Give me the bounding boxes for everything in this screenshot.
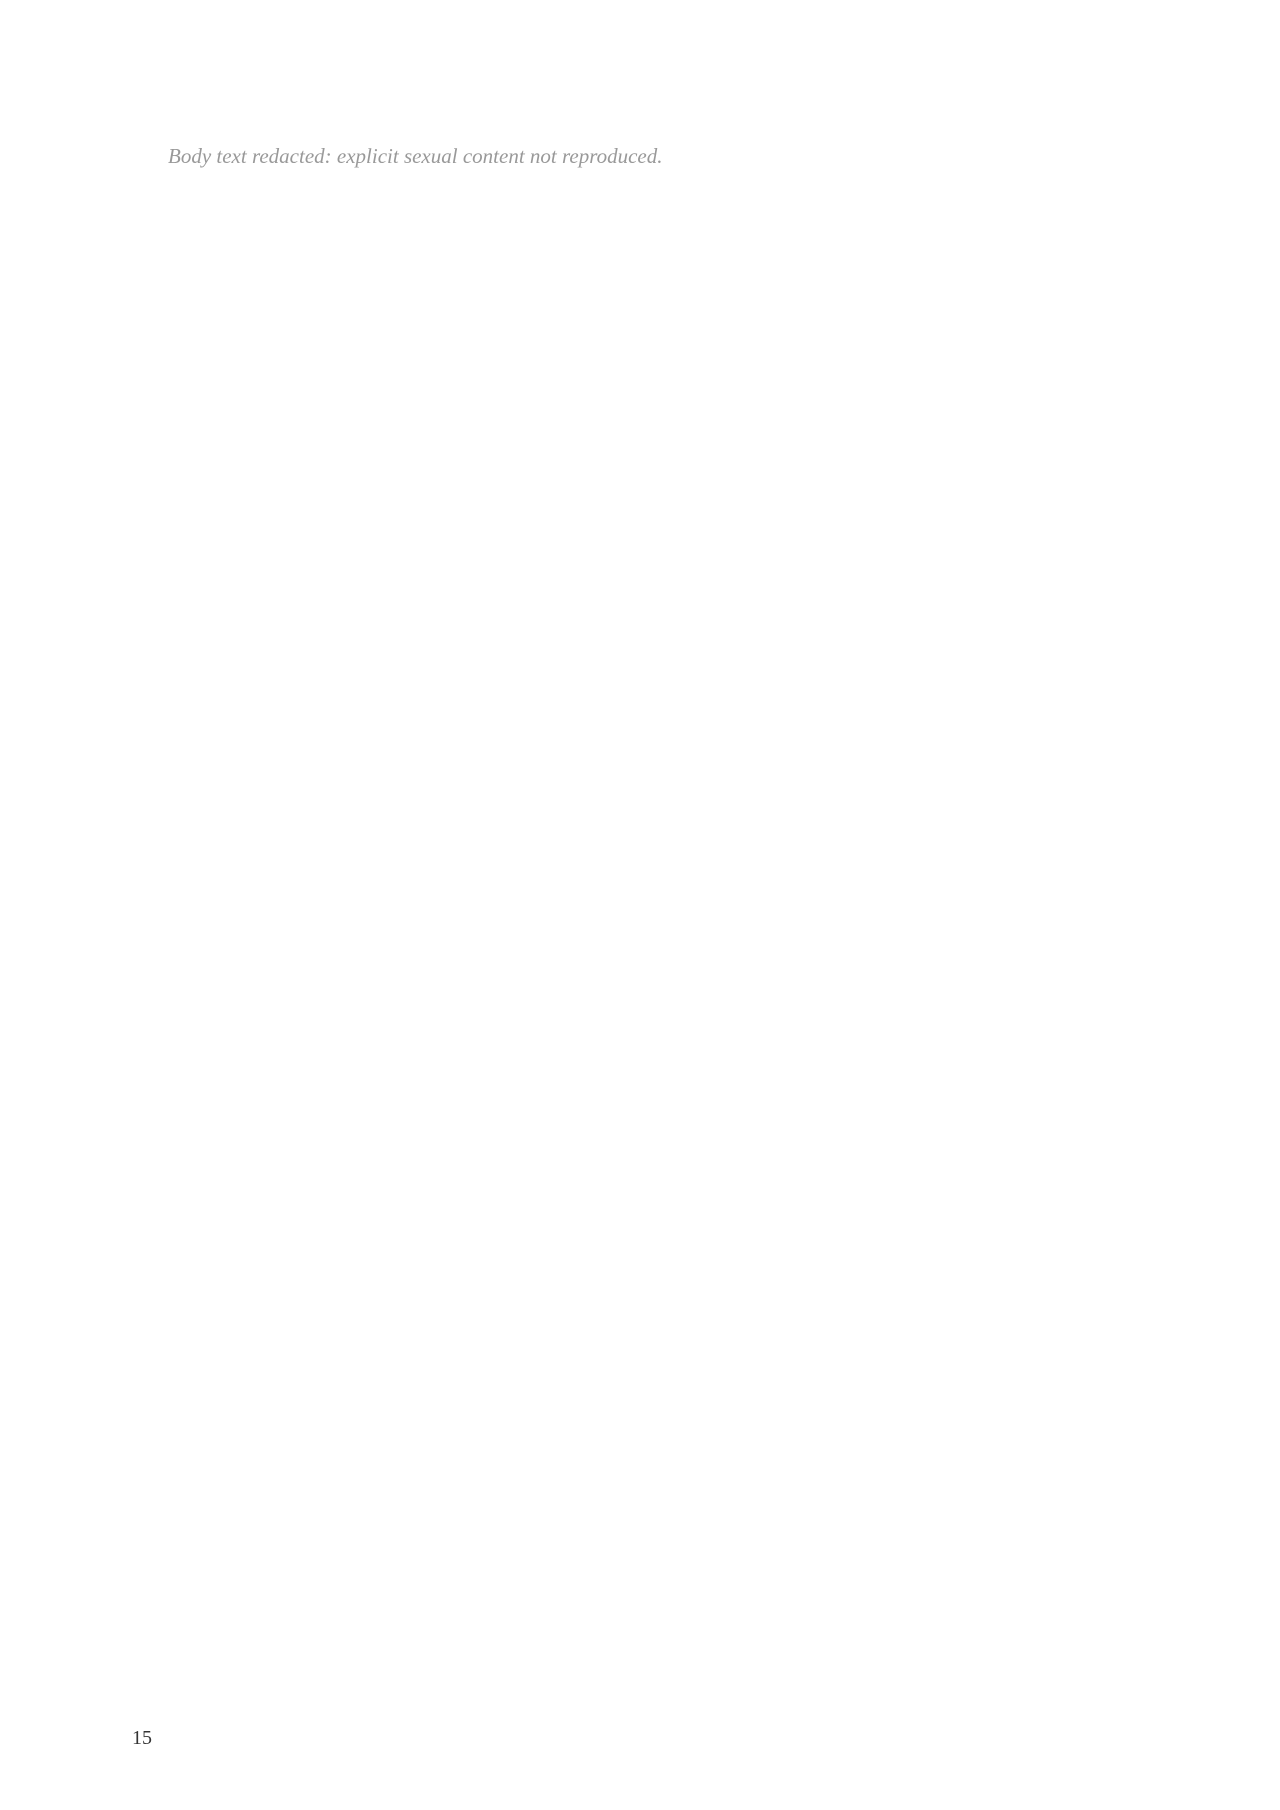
document-page: Body text redacted: explicit sexual cont… xyxy=(0,0,1280,1810)
page-body: Body text redacted: explicit sexual cont… xyxy=(168,140,1150,207)
page-number: 15 xyxy=(132,1727,152,1750)
redaction-notice: Body text redacted: explicit sexual cont… xyxy=(168,140,1150,173)
